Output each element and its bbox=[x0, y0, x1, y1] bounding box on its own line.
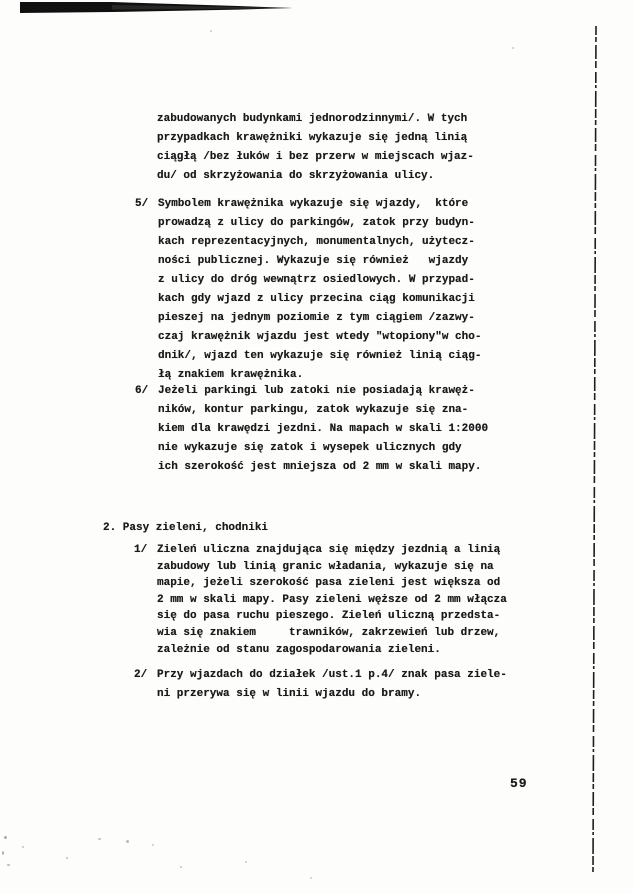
scan-speckle bbox=[66, 857, 68, 859]
scan-speckle bbox=[98, 838, 101, 840]
scan-speckle bbox=[7, 864, 10, 866]
list-item-5: 5/ Symbolem krawężnika wykazuje się wjaz… bbox=[135, 195, 481, 385]
text-line: du/ od skrzyżowania do skrzyżowania ulic… bbox=[157, 167, 474, 186]
page-number: 59 bbox=[510, 776, 528, 791]
scan-speckle bbox=[2, 851, 4, 855]
section2-item-2: 2/ Przy wjazdach do działek /ust.1 p.4/ … bbox=[134, 666, 507, 704]
text-line: się do pasa ruchu pieszego. Zieleń ulicz… bbox=[157, 608, 507, 625]
text-line: ności publicznej. Wykazuje się również w… bbox=[158, 252, 481, 271]
scan-speckle bbox=[4, 836, 7, 839]
text-line: ciągłą /bez łuków i bez przerw w miejsca… bbox=[157, 148, 474, 167]
text-line: nie wykazuje się zatok i wysepek uliczny… bbox=[158, 439, 488, 458]
text-line: ich szerokość jest mniejsza od 2 mm w sk… bbox=[158, 458, 488, 477]
text-line: z ulicy do dróg wewnątrz osiedlowych. W … bbox=[158, 271, 481, 290]
text-line: mapie, jeżeli szerokość pasa zieleni jes… bbox=[157, 575, 507, 592]
ink-smudge-tail bbox=[112, 5, 292, 10]
text-line: dnik/, wjazd ten wykazuje się również li… bbox=[158, 347, 481, 366]
text-line: pieszej na jednym poziomie z tym ciągiem… bbox=[158, 309, 481, 328]
item-text: Zieleń uliczna znajdująca się między jez… bbox=[157, 542, 507, 658]
item-marker: 2/ bbox=[134, 666, 147, 685]
text-line: ni przerywa się w linii wjazdu do bramy. bbox=[157, 685, 507, 704]
text-line: przypadkach krawężniki wykazuje się jedn… bbox=[157, 129, 474, 148]
item-text: Symbolem krawężnika wykazuje się wjazdy,… bbox=[158, 195, 481, 385]
section-heading: 2. Pasy zieleni, chodniki bbox=[103, 522, 268, 534]
text-line: czaj krawężnik wjazdu jest wtedy "wtopio… bbox=[158, 328, 481, 347]
scan-speckle bbox=[180, 866, 182, 868]
ink-smudge bbox=[20, 2, 293, 13]
text-line: kach gdy wjazd z ulicy przecina ciąg kom… bbox=[158, 290, 481, 309]
text-line: zabudowy lub linią granic władania, wyka… bbox=[157, 559, 507, 576]
text-line: zabudowanych budynkami jednorodzinnymi/.… bbox=[157, 110, 474, 129]
scan-speckle bbox=[245, 861, 247, 863]
item-text: Przy wjazdach do działek /ust.1 p.4/ zna… bbox=[157, 666, 507, 704]
scan-speckle bbox=[512, 47, 514, 49]
text-line: 2 mm w skali mapy. Pasy zieleni węższe o… bbox=[157, 592, 507, 609]
item-text: Jeżeli parkingi lub zatoki nie posiadają… bbox=[158, 382, 488, 477]
text-line: zależnie od stanu zagospodarowania ziele… bbox=[157, 642, 507, 659]
text-line: prowadzą z ulicy do parkingów, zatok prz… bbox=[158, 214, 481, 233]
page-fold-line bbox=[593, 26, 596, 872]
text-line: Zieleń uliczna znajdująca się między jez… bbox=[157, 542, 507, 559]
paragraph-continuation: zabudowanych budynkami jednorodzinnymi/.… bbox=[157, 110, 474, 186]
text-line: kiem dla krawędzi jezdni. Na mapach w sk… bbox=[158, 420, 488, 439]
text-line: wia się znakiem trawników, zakrzewień lu… bbox=[157, 625, 507, 642]
text-line: ników, kontur parkingu, zatok wykazuje s… bbox=[158, 401, 488, 420]
item-marker: 6/ bbox=[135, 382, 148, 401]
item-marker: 5/ bbox=[135, 195, 148, 214]
text-line: kach reprezentacyjnych, monumentalnych, … bbox=[158, 233, 481, 252]
text-line: Jeżeli parkingi lub zatoki nie posiadają… bbox=[158, 382, 488, 401]
list-item-6: 6/ Jeżeli parkingi lub zatoki nie posiad… bbox=[135, 382, 488, 477]
section2-item-1: 1/ Zieleń uliczna znajdująca się między … bbox=[134, 542, 507, 658]
text-line: Przy wjazdach do działek /ust.1 p.4/ zna… bbox=[157, 666, 507, 685]
scan-speckle bbox=[126, 840, 129, 843]
scan-speckle bbox=[152, 844, 154, 846]
item-marker: 1/ bbox=[134, 542, 147, 559]
scan-speckle bbox=[22, 846, 24, 848]
text-line: Symbolem krawężnika wykazuje się wjazdy,… bbox=[158, 195, 481, 214]
scan-speckle bbox=[310, 877, 312, 879]
scanned-document-page: zabudowanych budynkami jednorodzinnymi/.… bbox=[0, 0, 633, 894]
scan-speckle bbox=[210, 30, 212, 32]
